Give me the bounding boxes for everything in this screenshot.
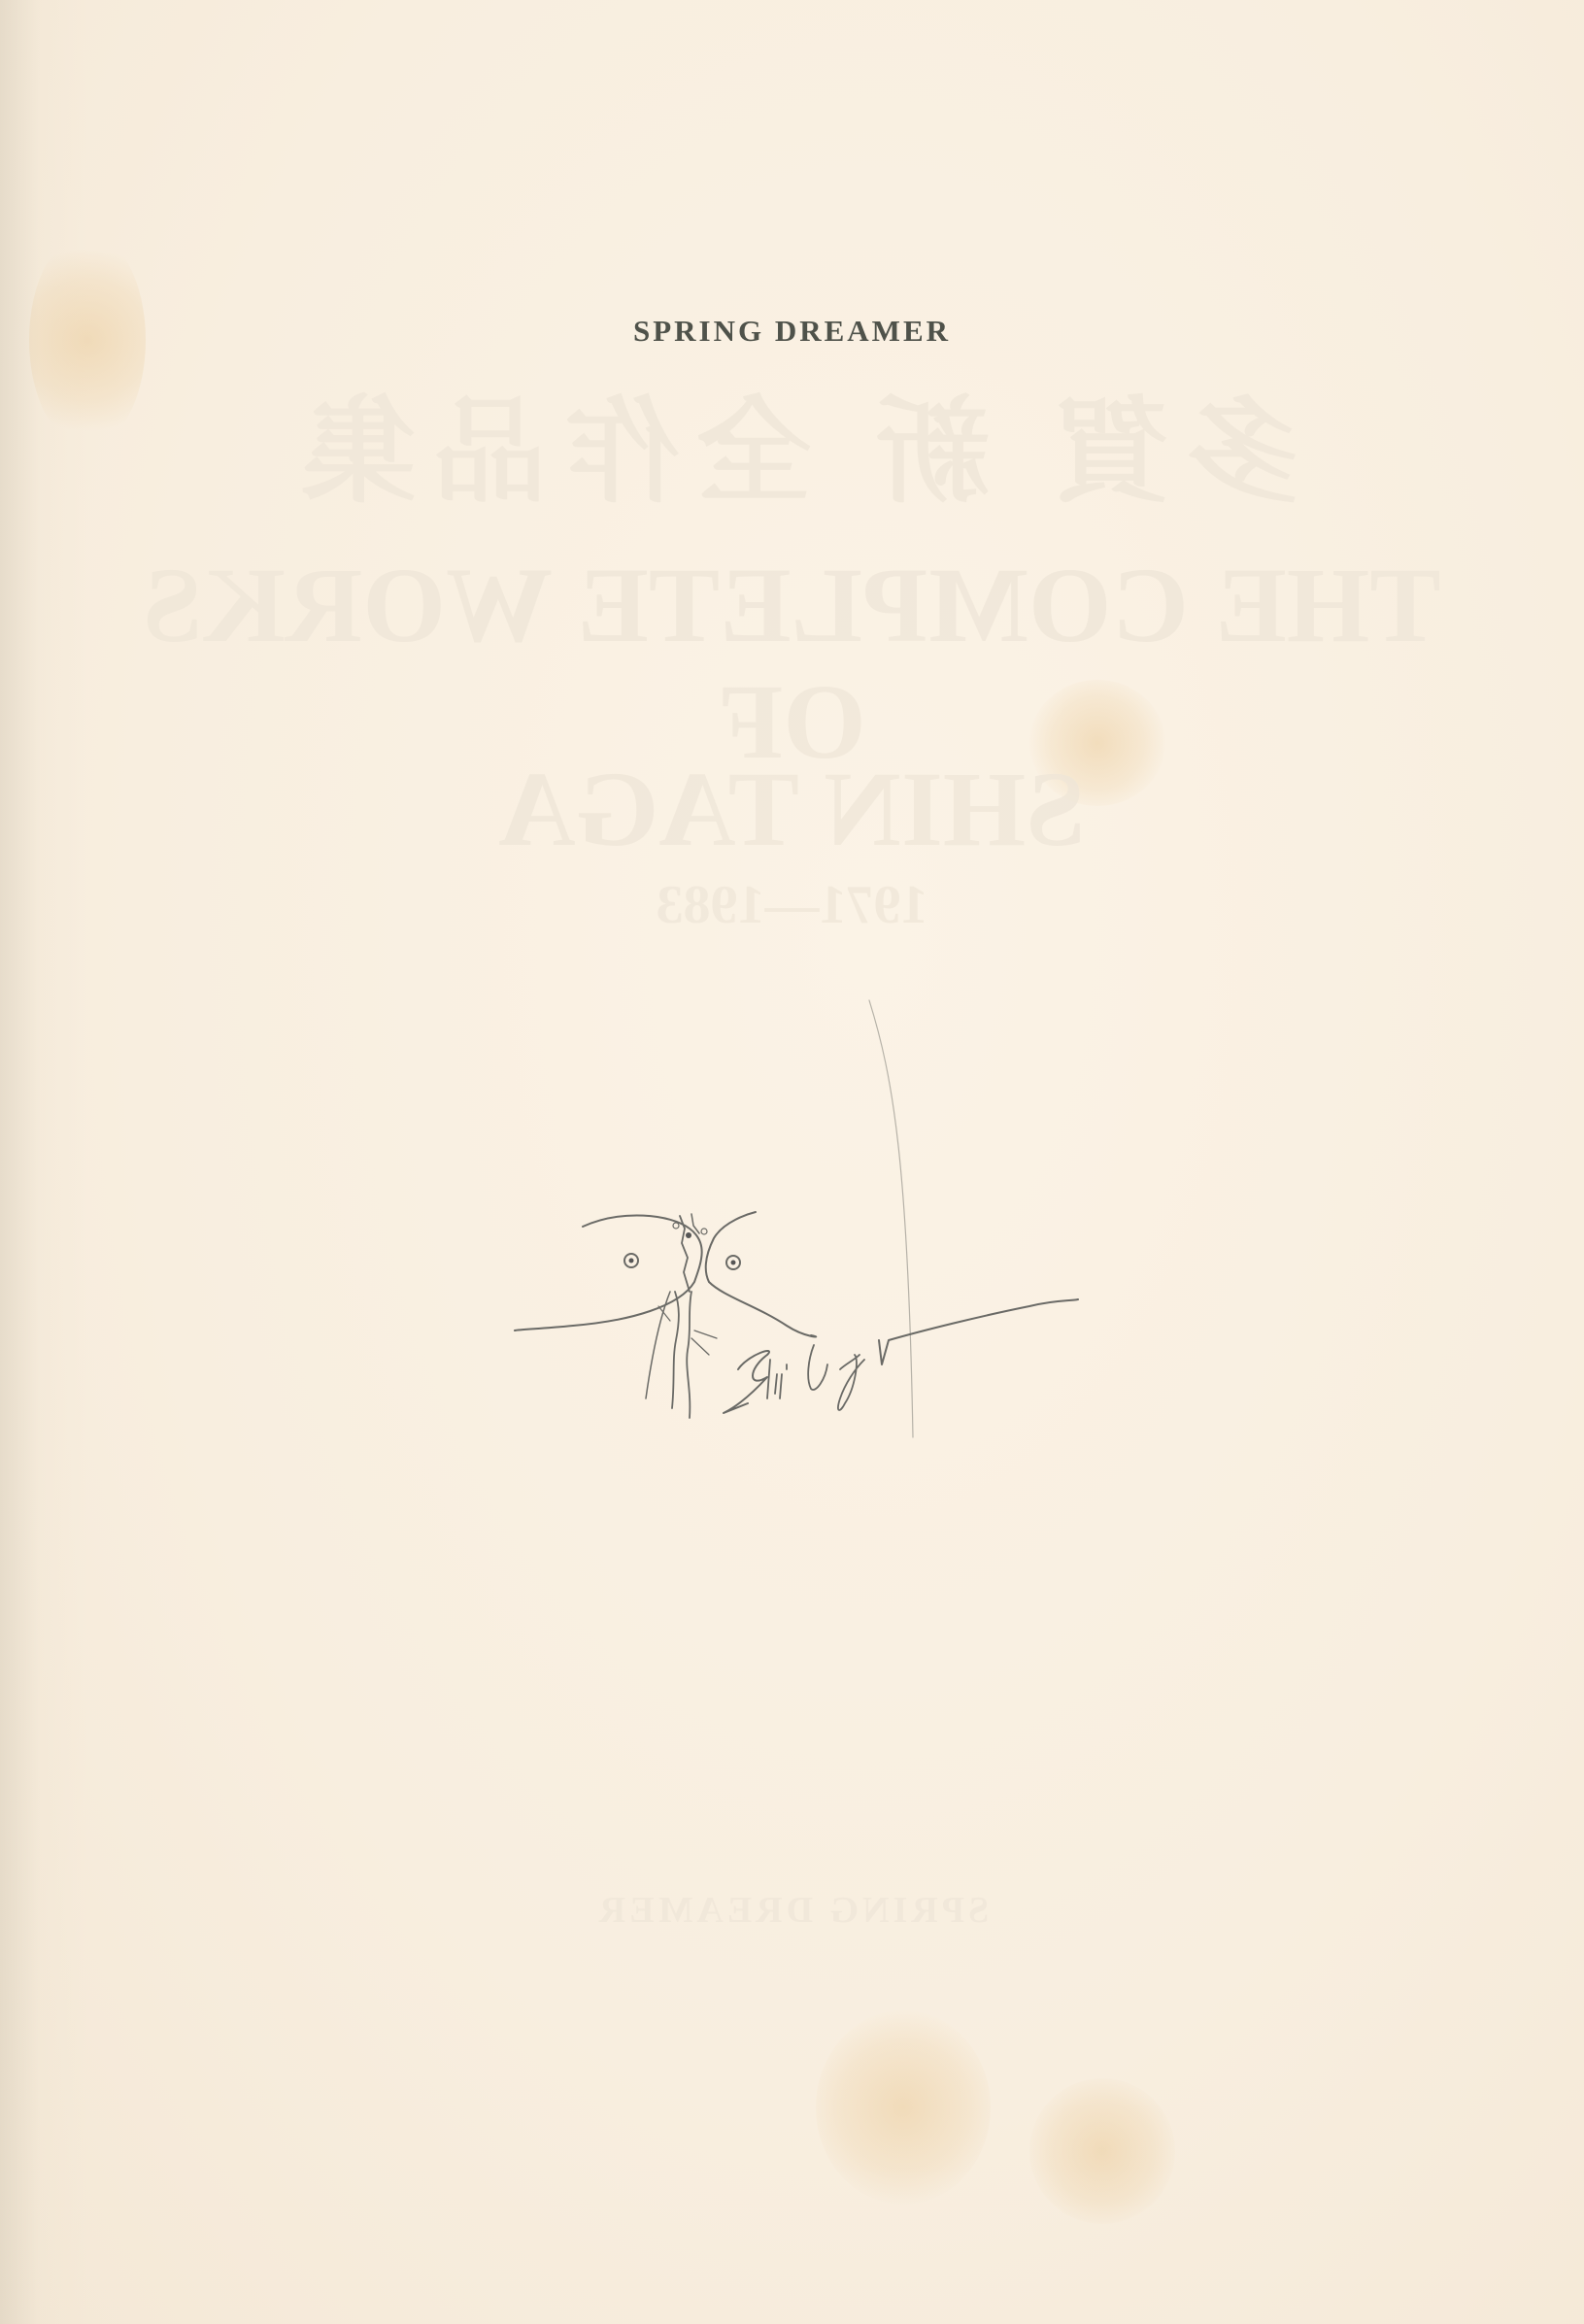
book-page: 多賀 新 全作品集 THE COMPLETE WORKS OF SHIN TAG… bbox=[0, 0, 1584, 2324]
pencil-sketch-icon bbox=[0, 0, 1584, 2324]
